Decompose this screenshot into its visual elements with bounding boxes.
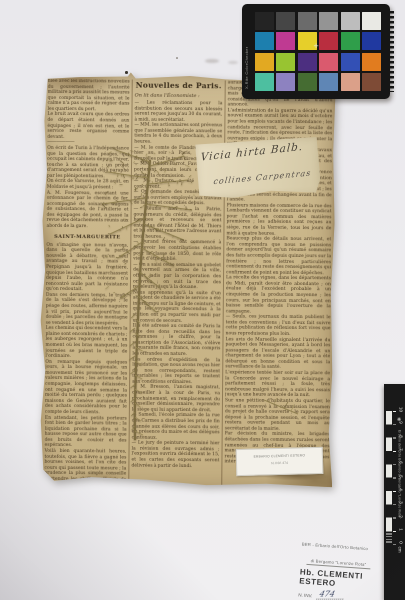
checker-patch xyxy=(298,73,317,91)
locality-handwriting: collines Carpentras xyxy=(213,169,312,187)
checker-brand-text: X-Rite ColorChecker xyxy=(244,14,249,89)
ruler-unit-label: cm xyxy=(397,547,402,553)
checker-patch xyxy=(276,53,295,71)
checker-patch xyxy=(319,12,338,30)
color-checker: X-Rite ColorChecker + xyxy=(242,4,390,99)
checker-patch xyxy=(255,12,274,30)
checker-hinge-teeth xyxy=(388,11,394,92)
determination-label: Vicia hirta Balb. collines Carpentras xyxy=(195,137,321,199)
checker-patch xyxy=(255,53,274,71)
inventory-sticker: ERBARIO CLEMENTI ESTERO N. INV. 474 xyxy=(236,447,324,476)
ruler-cm-blocks xyxy=(386,411,392,544)
inventory-sticker-line2: N. INV. 474 xyxy=(237,460,322,466)
checker-patch xyxy=(298,12,317,30)
checker-patch xyxy=(276,73,295,91)
inventory-sticker-line1: ERBARIO CLEMENTI ESTERO xyxy=(237,453,322,459)
dirt-speck xyxy=(125,71,128,74)
checker-patch xyxy=(362,32,381,50)
newspaper-intro-line: On lit dans l'Économiste : xyxy=(135,93,223,100)
checker-patch xyxy=(341,53,360,71)
checker-patch xyxy=(341,12,360,30)
checker-patch xyxy=(362,73,381,91)
herbarium-logo-icon: ❋ xyxy=(397,417,401,423)
checker-grid xyxy=(255,12,381,91)
ruler-number: 10 xyxy=(398,406,403,414)
species-name-handwriting: Vicia hirta Balb. xyxy=(200,141,303,164)
stamp-inventory-number-handwriting: 474 xyxy=(316,590,346,600)
checker-patch xyxy=(255,73,274,91)
newspaper-headline: Nouvelles de Paris. xyxy=(135,81,223,91)
checker-patch xyxy=(341,73,360,91)
plant-twig-fragment xyxy=(262,392,304,424)
checker-patch xyxy=(276,12,295,30)
ruler-mm-ticks xyxy=(386,531,392,544)
checker-patch xyxy=(298,53,317,71)
checker-patch xyxy=(341,32,360,50)
checker-patch xyxy=(362,53,381,71)
checker-patch xyxy=(255,32,274,50)
ruler-tick-marks xyxy=(393,411,397,545)
ruler-brand-text: Erbario dell'Orto Botanico di Bergamo "L… xyxy=(398,430,402,545)
checker-patch xyxy=(319,32,338,50)
stamp-inventory-label: N. INV. xyxy=(298,592,312,598)
checker-center-mark-icon: + xyxy=(313,42,319,50)
herbarium-specimen-scan: { "determination_label": { "species": "V… xyxy=(0,0,405,600)
checker-patch xyxy=(362,12,381,30)
checker-patch xyxy=(319,53,338,71)
checker-patch xyxy=(276,32,295,50)
scale-ruler: 109876543210 cm ❋ Erbario dell'Orto Bota… xyxy=(384,384,405,600)
checker-patch xyxy=(319,73,338,91)
